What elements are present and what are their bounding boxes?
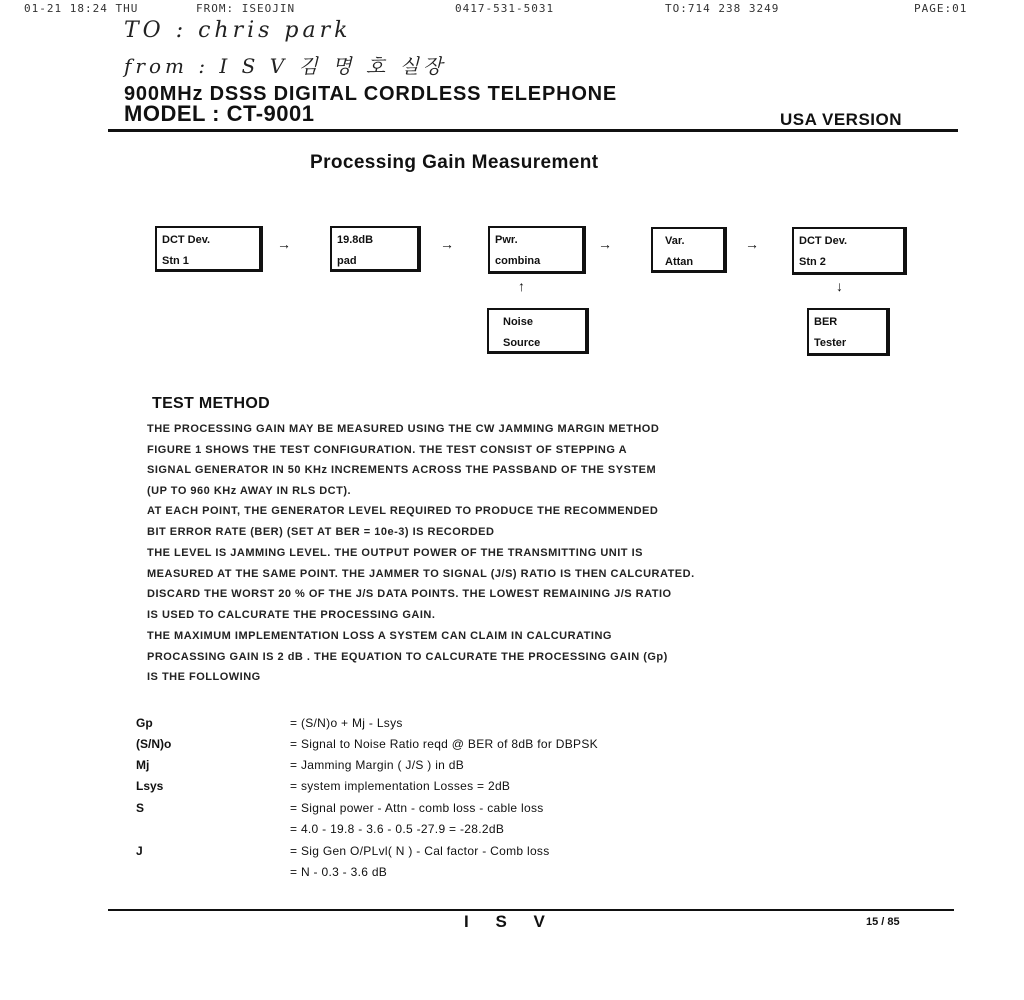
equation-definition: = Jamming Margin ( J/S ) in dB xyxy=(290,758,464,772)
box-dct-stn2: DCT Dev. Stn 2 xyxy=(792,227,907,275)
equation-definition: = 4.0 - 19.8 - 3.6 - 0.5 -27.9 = -28.2dB xyxy=(290,822,504,836)
handwritten-from: from : I S V 김 명 호 실장 xyxy=(124,50,446,79)
equation-definition: = Signal to Noise Ratio reqd @ BER of 8d… xyxy=(290,737,598,751)
box-label: Tester xyxy=(814,337,846,349)
page-number: 15 / 85 xyxy=(866,916,900,928)
company-logo-text: I S V xyxy=(464,912,547,932)
box-label: DCT Dev. xyxy=(799,235,847,247)
model-title: MODEL : CT-9001 xyxy=(124,101,314,127)
arrow-up-icon: ↑ xyxy=(518,278,525,294)
box-label: Stn 2 xyxy=(799,256,826,268)
box-label: pad xyxy=(337,255,357,267)
paragraph-line: BIT ERROR RATE (BER) (SET AT BER = 10e-3… xyxy=(147,526,494,538)
box-label: Var. xyxy=(665,235,685,247)
paragraph-line: THE LEVEL IS JAMMING LEVEL. THE OUTPUT P… xyxy=(147,547,643,559)
fax-to: TO:714 238 3249 xyxy=(665,2,779,15)
paragraph-line: PROCASSING GAIN IS 2 dB . THE EQUATION T… xyxy=(147,651,668,663)
box-variable-attenuator: Var. Attan xyxy=(651,227,727,273)
equation-definition: = Signal power - Attn - comb loss - cabl… xyxy=(290,801,544,815)
fax-phone: 0417-531-5031 xyxy=(455,2,554,15)
arrow-right-icon: → xyxy=(598,236,612,252)
arrow-right-icon: → xyxy=(745,236,759,252)
box-label: combina xyxy=(495,255,540,267)
paragraph-line: FIGURE 1 SHOWS THE TEST CONFIGURATION. T… xyxy=(147,444,627,456)
box-label: 19.8dB xyxy=(337,234,373,246)
equation-definition: = N - 0.3 - 3.6 dB xyxy=(290,865,387,879)
paragraph-line: THE MAXIMUM IMPLEMENTATION LOSS A SYSTEM… xyxy=(147,630,612,642)
fax-datetime: 01-21 18:24 THU xyxy=(24,2,138,15)
box-label: Source xyxy=(503,337,540,349)
equation-term: S xyxy=(136,801,144,815)
test-method-heading: TEST METHOD xyxy=(152,395,270,413)
box-label: DCT Dev. xyxy=(162,234,210,246)
footer-rule xyxy=(108,909,954,911)
box-ber-tester: BER Tester xyxy=(807,308,890,356)
version-label: USA VERSION xyxy=(780,110,902,130)
paragraph-line: IS THE FOLLOWING xyxy=(147,671,261,683)
fax-page: PAGE:01 xyxy=(914,2,967,15)
box-noise-source: Noise Source xyxy=(487,308,589,354)
paragraph-line: IS USED TO CALCURATE THE PROCESSING GAIN… xyxy=(147,609,435,621)
equation-term: Gp xyxy=(136,716,153,730)
handwritten-to: TO : chris park xyxy=(124,18,351,43)
box-label: Stn 1 xyxy=(162,255,189,267)
box-label: BER xyxy=(814,316,837,328)
equation-definition: = Sig Gen O/PLvl( N ) - Cal factor - Com… xyxy=(290,844,550,858)
equation-definition: = (S/N)o + Mj - Lsys xyxy=(290,716,403,730)
equation-term: (S/N)o xyxy=(136,737,171,751)
fax-from: FROM: ISEOJIN xyxy=(196,2,295,15)
section-heading: Processing Gain Measurement xyxy=(310,152,599,174)
paragraph-line: SIGNAL GENERATOR IN 50 KHz INCREMENTS AC… xyxy=(147,464,656,476)
equation-term: Mj xyxy=(136,758,149,772)
equation-term: J xyxy=(136,844,143,858)
box-pad: 19.8dB pad xyxy=(330,226,421,272)
paragraph-line: (UP TO 960 KHz AWAY IN RLS DCT). xyxy=(147,485,351,497)
paragraph-line: THE PROCESSING GAIN MAY BE MEASURED USIN… xyxy=(147,423,659,435)
equation-definition: = system implementation Losses = 2dB xyxy=(290,779,510,793)
paragraph-line: MEASURED AT THE SAME POINT. THE JAMMER T… xyxy=(147,568,695,580)
paragraph-line: AT EACH POINT, THE GENERATOR LEVEL REQUI… xyxy=(147,505,658,517)
header-rule xyxy=(108,129,958,132)
arrow-down-icon: ↓ xyxy=(836,278,843,294)
paragraph-line: DISCARD THE WORST 20 % OF THE J/S DATA P… xyxy=(147,588,672,600)
box-label: Pwr. xyxy=(495,234,518,246)
box-label: Noise xyxy=(503,316,533,328)
arrow-right-icon: → xyxy=(277,236,291,252)
box-dct-stn1: DCT Dev. Stn 1 xyxy=(155,226,263,272)
arrow-right-icon: → xyxy=(440,236,454,252)
equation-term: Lsys xyxy=(136,779,163,793)
box-label: Attan xyxy=(665,256,693,268)
box-power-combiner: Pwr. combina xyxy=(488,226,586,274)
